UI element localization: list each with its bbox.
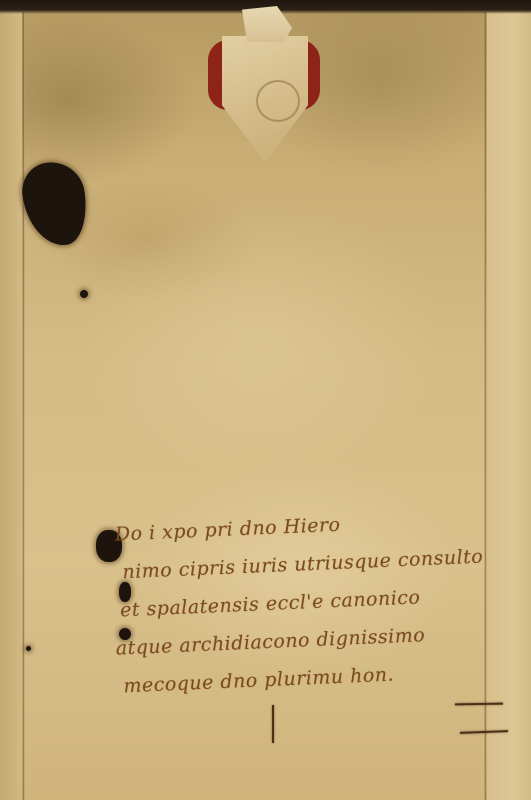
hole-4 [26, 646, 31, 651]
right-fold-panel [487, 12, 531, 800]
left-fold-crease [22, 12, 25, 800]
seal-tab [242, 6, 292, 42]
wax-seal-icon [200, 0, 330, 170]
handwritten-address: Do i xpo pri dno Hiero nimo cipris iuris… [106, 500, 474, 706]
left-fold-panel [0, 12, 22, 800]
crack-vertical [272, 705, 274, 743]
right-fold-crease [484, 12, 487, 800]
seal-impression [256, 80, 300, 122]
document-photo: Do i xpo pri dno Hiero nimo cipris iuris… [0, 0, 531, 800]
worm-hole-small [80, 290, 88, 298]
